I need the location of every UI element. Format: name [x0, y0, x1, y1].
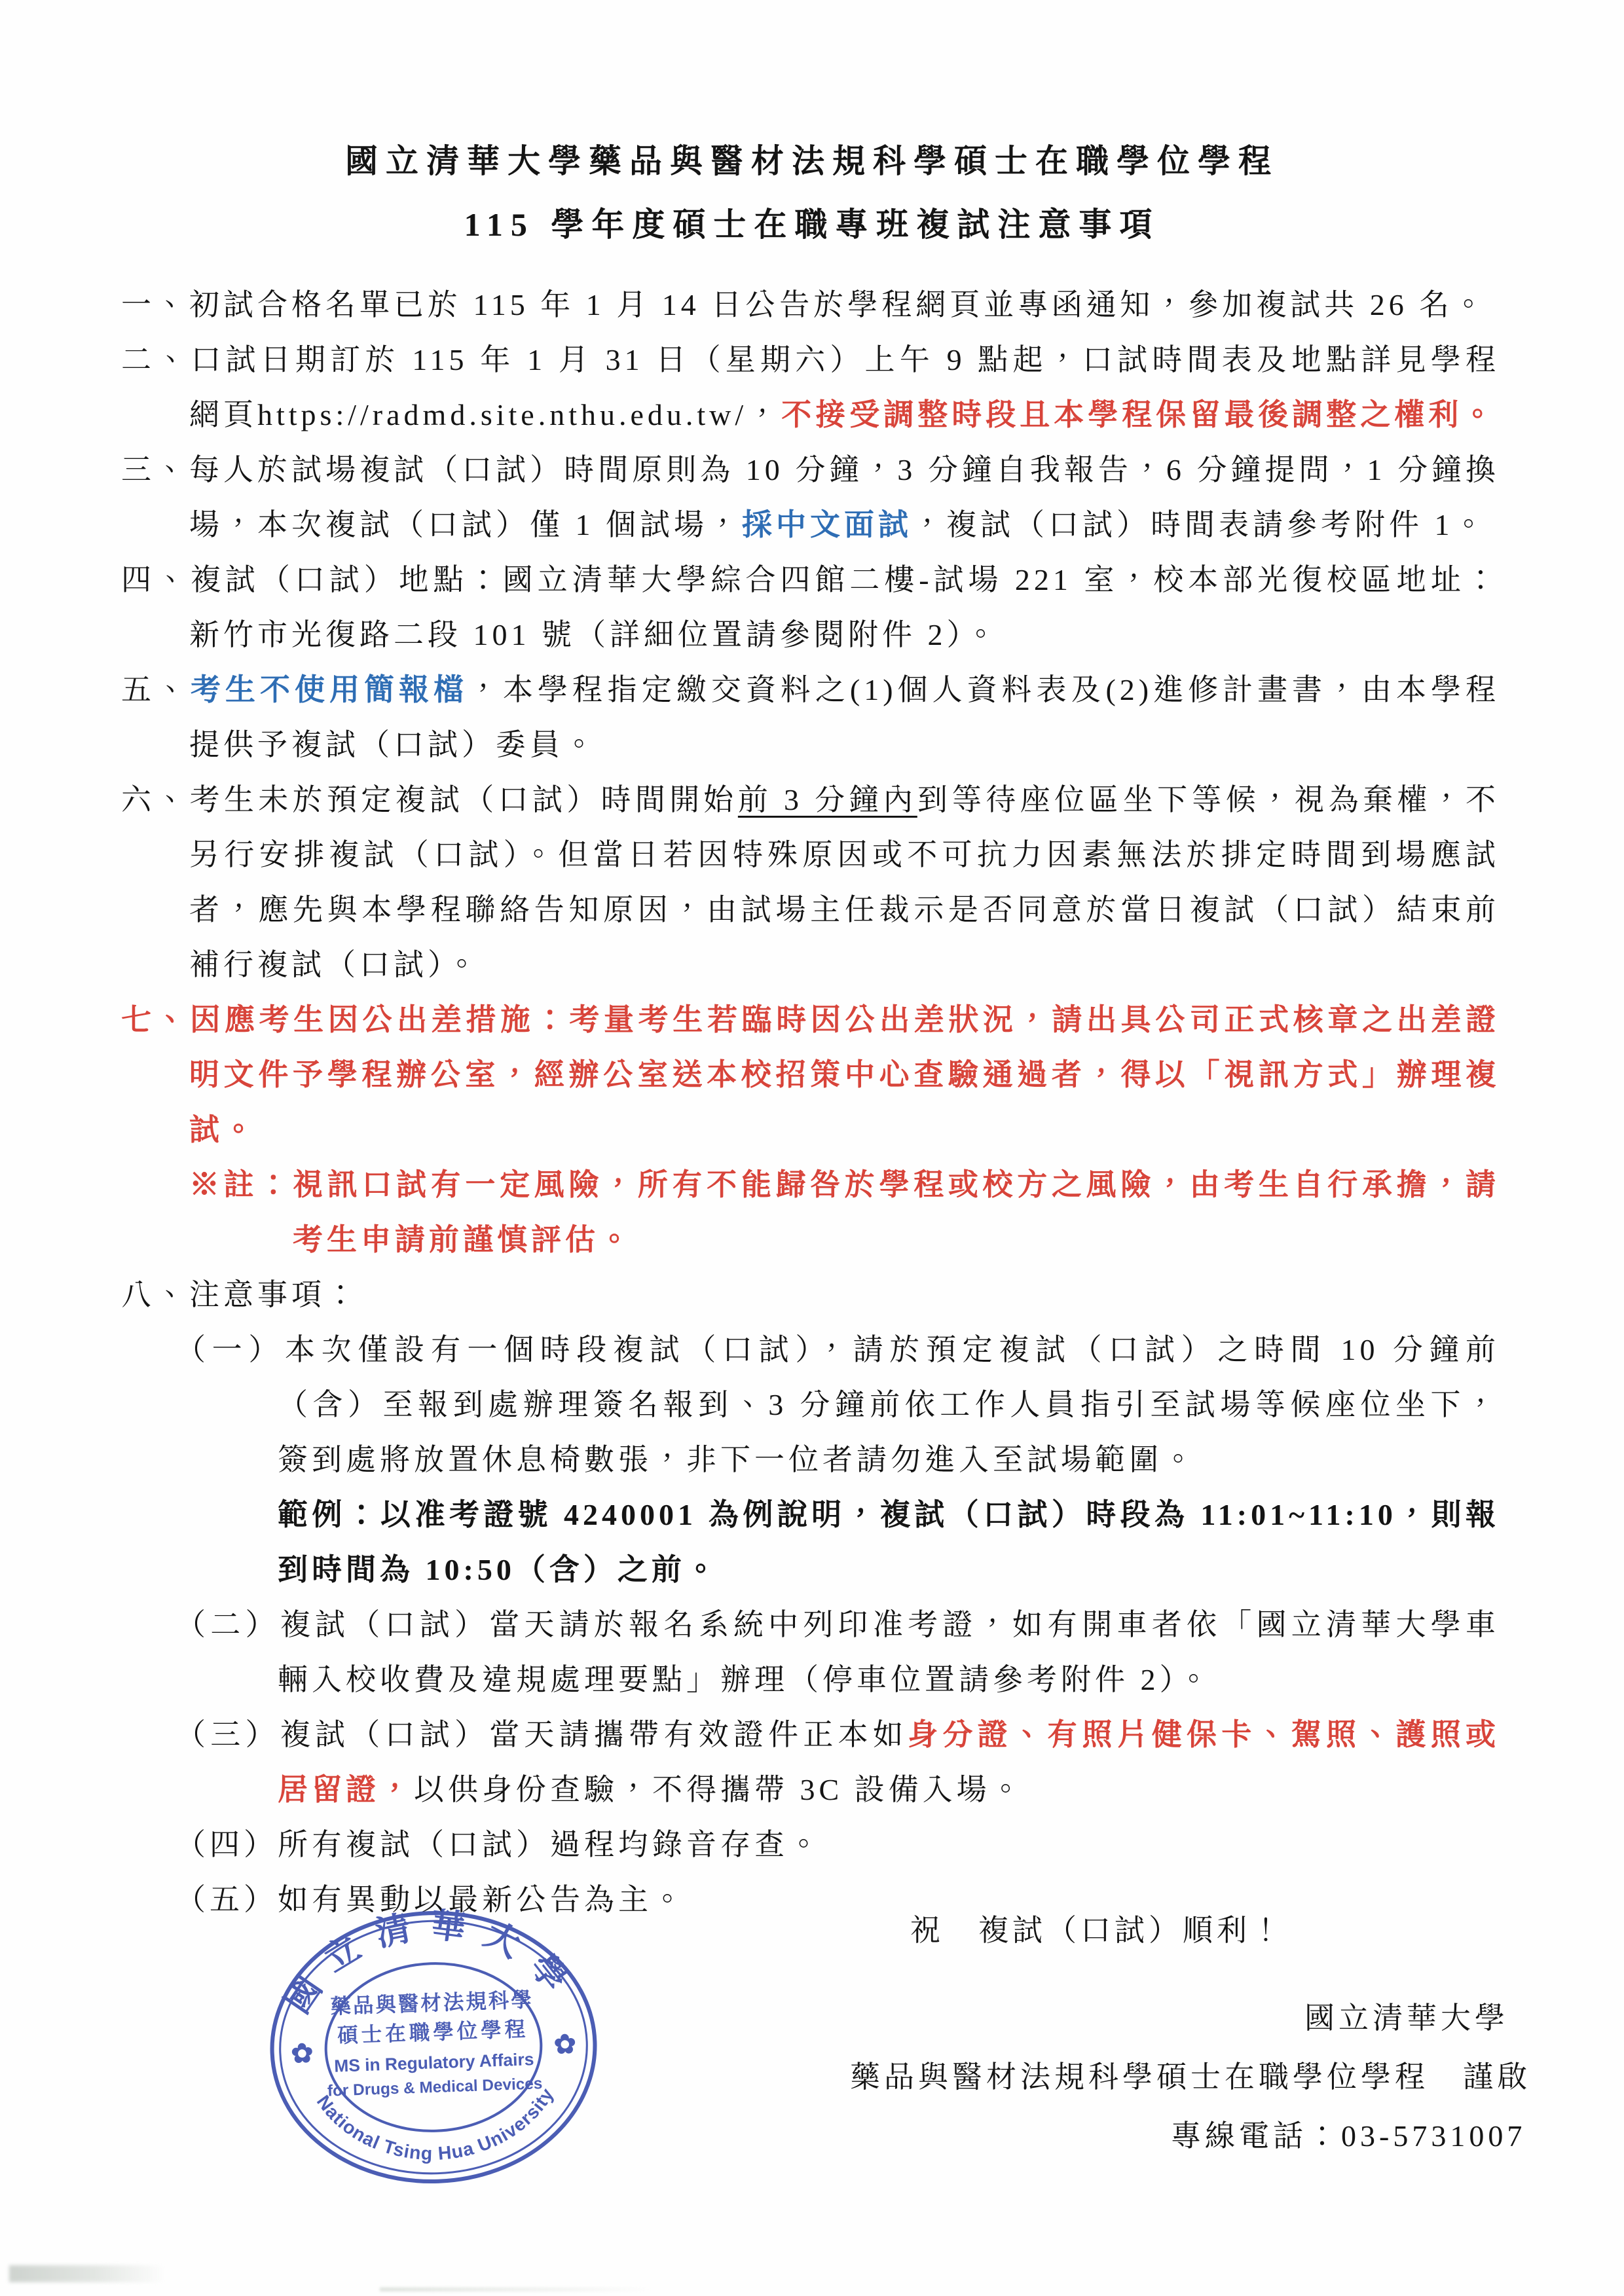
text-run: 注意事項： — [189, 1278, 360, 1311]
program-url-text: https://radmd.site.nthu.edu.tw/ — [257, 398, 747, 431]
text-run: 以供身份查驗，不得攜帶 3C 設備入場。 — [414, 1773, 1025, 1806]
notice-item-3: 三、每人於試場複試（口試）時間原則為 10 分鐘，3 分鐘自我報告，6 分鐘提問… — [121, 443, 1500, 553]
scanned-notice-page: 國立清華大學藥品與醫材法規科學碩士在職學位學程 115 學年度碩士在職專班複試注… — [0, 0, 1624, 2296]
text-run: ， — [747, 398, 781, 431]
seal-program-name-line-1: 藥品與醫材法規科學 — [330, 1988, 534, 2018]
signature-university: 國立清華大學 — [1304, 1994, 1509, 2037]
item-marker: 八、 — [121, 1278, 189, 1311]
notice-subitem-1: （一）本次僅設有一個時段複試（口試），請於預定複試（口試）之時間 10 分鐘前（… — [175, 1322, 1500, 1487]
seal-program-name-en-line-1: MS in Regulatory Affairs — [334, 2049, 534, 2076]
notice-item-7-note: ※註：視訊口試有一定風險，所有不能歸咎於學程或校方之風險，由考生自行承擔，請考生… — [189, 1157, 1500, 1267]
item-marker: 二、 — [121, 343, 191, 376]
wish-line: 祝 複試（口試）順利！ — [910, 1906, 1285, 1950]
text-run: 複試（口試）當天請攜帶有效證件正本如 — [280, 1718, 908, 1751]
text-run: ，複試（口試）時間表請參考附件 1。 — [912, 508, 1488, 541]
checkin-example: 範例：以准考證號 4240001 為例說明，複試（口試）時段為 11:01~11… — [278, 1487, 1500, 1597]
phone-line: 專線電話：03-5731007 — [1171, 2112, 1526, 2155]
notice-title-line-2: 115 學年度碩士在職專班複試注意事項 — [0, 193, 1624, 257]
notice-item-7: 七、因應考生因公出差措施：考量考生若臨時因公出差狀況，請出具公司正式核章之出差證… — [121, 993, 1500, 1157]
notice-subitem-2: （二）複試（口試）當天請於報名系統中列印准考證，如有開車者依「國立清華大學車輛入… — [175, 1597, 1500, 1707]
signature-program: 藥品與醫材法規科學碩士在職學位學程 謹啟 — [850, 2053, 1531, 2096]
subitem-marker: （二） — [175, 1608, 280, 1641]
text-run-underlined: 前 3 分鐘內 — [738, 783, 917, 816]
item-marker: 三、 — [121, 453, 189, 486]
note-marker: ※註： — [189, 1168, 293, 1201]
subitem-marker: （四） — [175, 1828, 278, 1861]
notice-title-line-1: 國立清華大學藥品與醫材法規科學碩士在職學位學程 — [0, 130, 1624, 193]
seal-program-name-en-line-2: for Drugs & Medical Devices — [327, 2075, 543, 2100]
scan-smudge-artifact — [9, 2265, 166, 2282]
item-marker: 五、 — [121, 673, 191, 706]
plum-blossom-icon: ✿ — [553, 2030, 577, 2060]
notice-item-1: 一、初試合格名單已於 115 年 1 月 14 日公告於學程網頁並專函通知，參加… — [121, 278, 1500, 333]
item-marker: 四、 — [121, 563, 191, 596]
text-run-red: 視訊口試有一定風險，所有不能歸咎於學程或校方之風險，由考生自行承擔，請考生申請前… — [293, 1168, 1500, 1256]
notice-item-8: 八、注意事項： — [121, 1267, 1500, 1322]
text-run: 初試合格名單已於 115 年 1 月 14 日公告於學程網頁並專函通知，參加複試… — [189, 288, 1487, 321]
notice-title: 國立清華大學藥品與醫材法規科學碩士在職學位學程 115 學年度碩士在職專班複試注… — [0, 130, 1624, 257]
text-run-red: 因應考生因公出差措施：考量考生若臨時因公出差狀況，請出具公司正式核章之出差證明文… — [189, 1003, 1500, 1146]
text-run: 複試（口試）地點：國立清華大學綜合四館二樓-試場 221 室，校本部光復校區地址… — [189, 563, 1500, 651]
text-run-blue: 考生不使用簡報檔 — [191, 673, 468, 706]
text-run: 所有複試（口試）過程均錄音存查。 — [278, 1828, 822, 1861]
seal-program-name-line-2: 碩士在職學位學程 — [337, 2018, 529, 2047]
text-run-red: 不接受調整時段且本學程保留最後調整之權利。 — [781, 398, 1496, 431]
item-marker: 六、 — [121, 783, 190, 816]
text-run: 複試（口試）當天請於報名系統中列印准考證，如有開車者依「國立清華大學車輛入校收費… — [278, 1608, 1500, 1696]
item-marker: 七、 — [121, 1003, 190, 1036]
seal-inner-oval — [323, 1960, 544, 2135]
text-run: 考生未於預定複試（口試）時間開始 — [190, 783, 738, 816]
text-run: 本次僅設有一個時段複試（口試），請於預定複試（口試）之時間 10 分鐘前（含）至… — [278, 1333, 1500, 1476]
university-program-seal: 國立清華大學 National Tsing Hua University ✿ ✿… — [263, 1903, 604, 2191]
scan-smudge-artifact — [380, 2287, 655, 2291]
notice-item-4: 四、複試（口試）地點：國立清華大學綜合四館二樓-試場 221 室，校本部光復校區… — [121, 553, 1500, 663]
notice-subitem-4: （四）所有複試（口試）過程均錄音存查。 — [175, 1817, 1500, 1872]
plum-blossom-icon: ✿ — [291, 2039, 314, 2069]
notice-subitem-3: （三）複試（口試）當天請攜帶有效證件正本如身分證、有照片健保卡、駕照、護照或居留… — [175, 1707, 1500, 1817]
text-run-blue: 採中文面試 — [742, 508, 912, 541]
subitem-marker: （三） — [175, 1718, 280, 1751]
text-run-bold: 範例：以准考證號 4240001 為例說明，複試（口試）時段為 11:01~11… — [278, 1498, 1500, 1586]
notice-item-2: 二、口試日期訂於 115 年 1 月 31 日（星期六）上午 9 點起，口試時間… — [121, 333, 1500, 443]
notice-body: 一、初試合格名單已於 115 年 1 月 14 日公告於學程網頁並專函通知，參加… — [121, 278, 1500, 1927]
item-marker: 一、 — [121, 288, 189, 321]
subitem-marker: （五） — [175, 1883, 278, 1916]
notice-item-6: 六、考生未於預定複試（口試）時間開始前 3 分鐘內到等待座位區坐下等候，視為棄權… — [121, 773, 1500, 993]
notice-item-5: 五、考生不使用簡報檔，本學程指定繳交資料之(1)個人資料表及(2)進修計畫書，由… — [121, 663, 1500, 773]
subitem-marker: （一） — [175, 1333, 285, 1366]
